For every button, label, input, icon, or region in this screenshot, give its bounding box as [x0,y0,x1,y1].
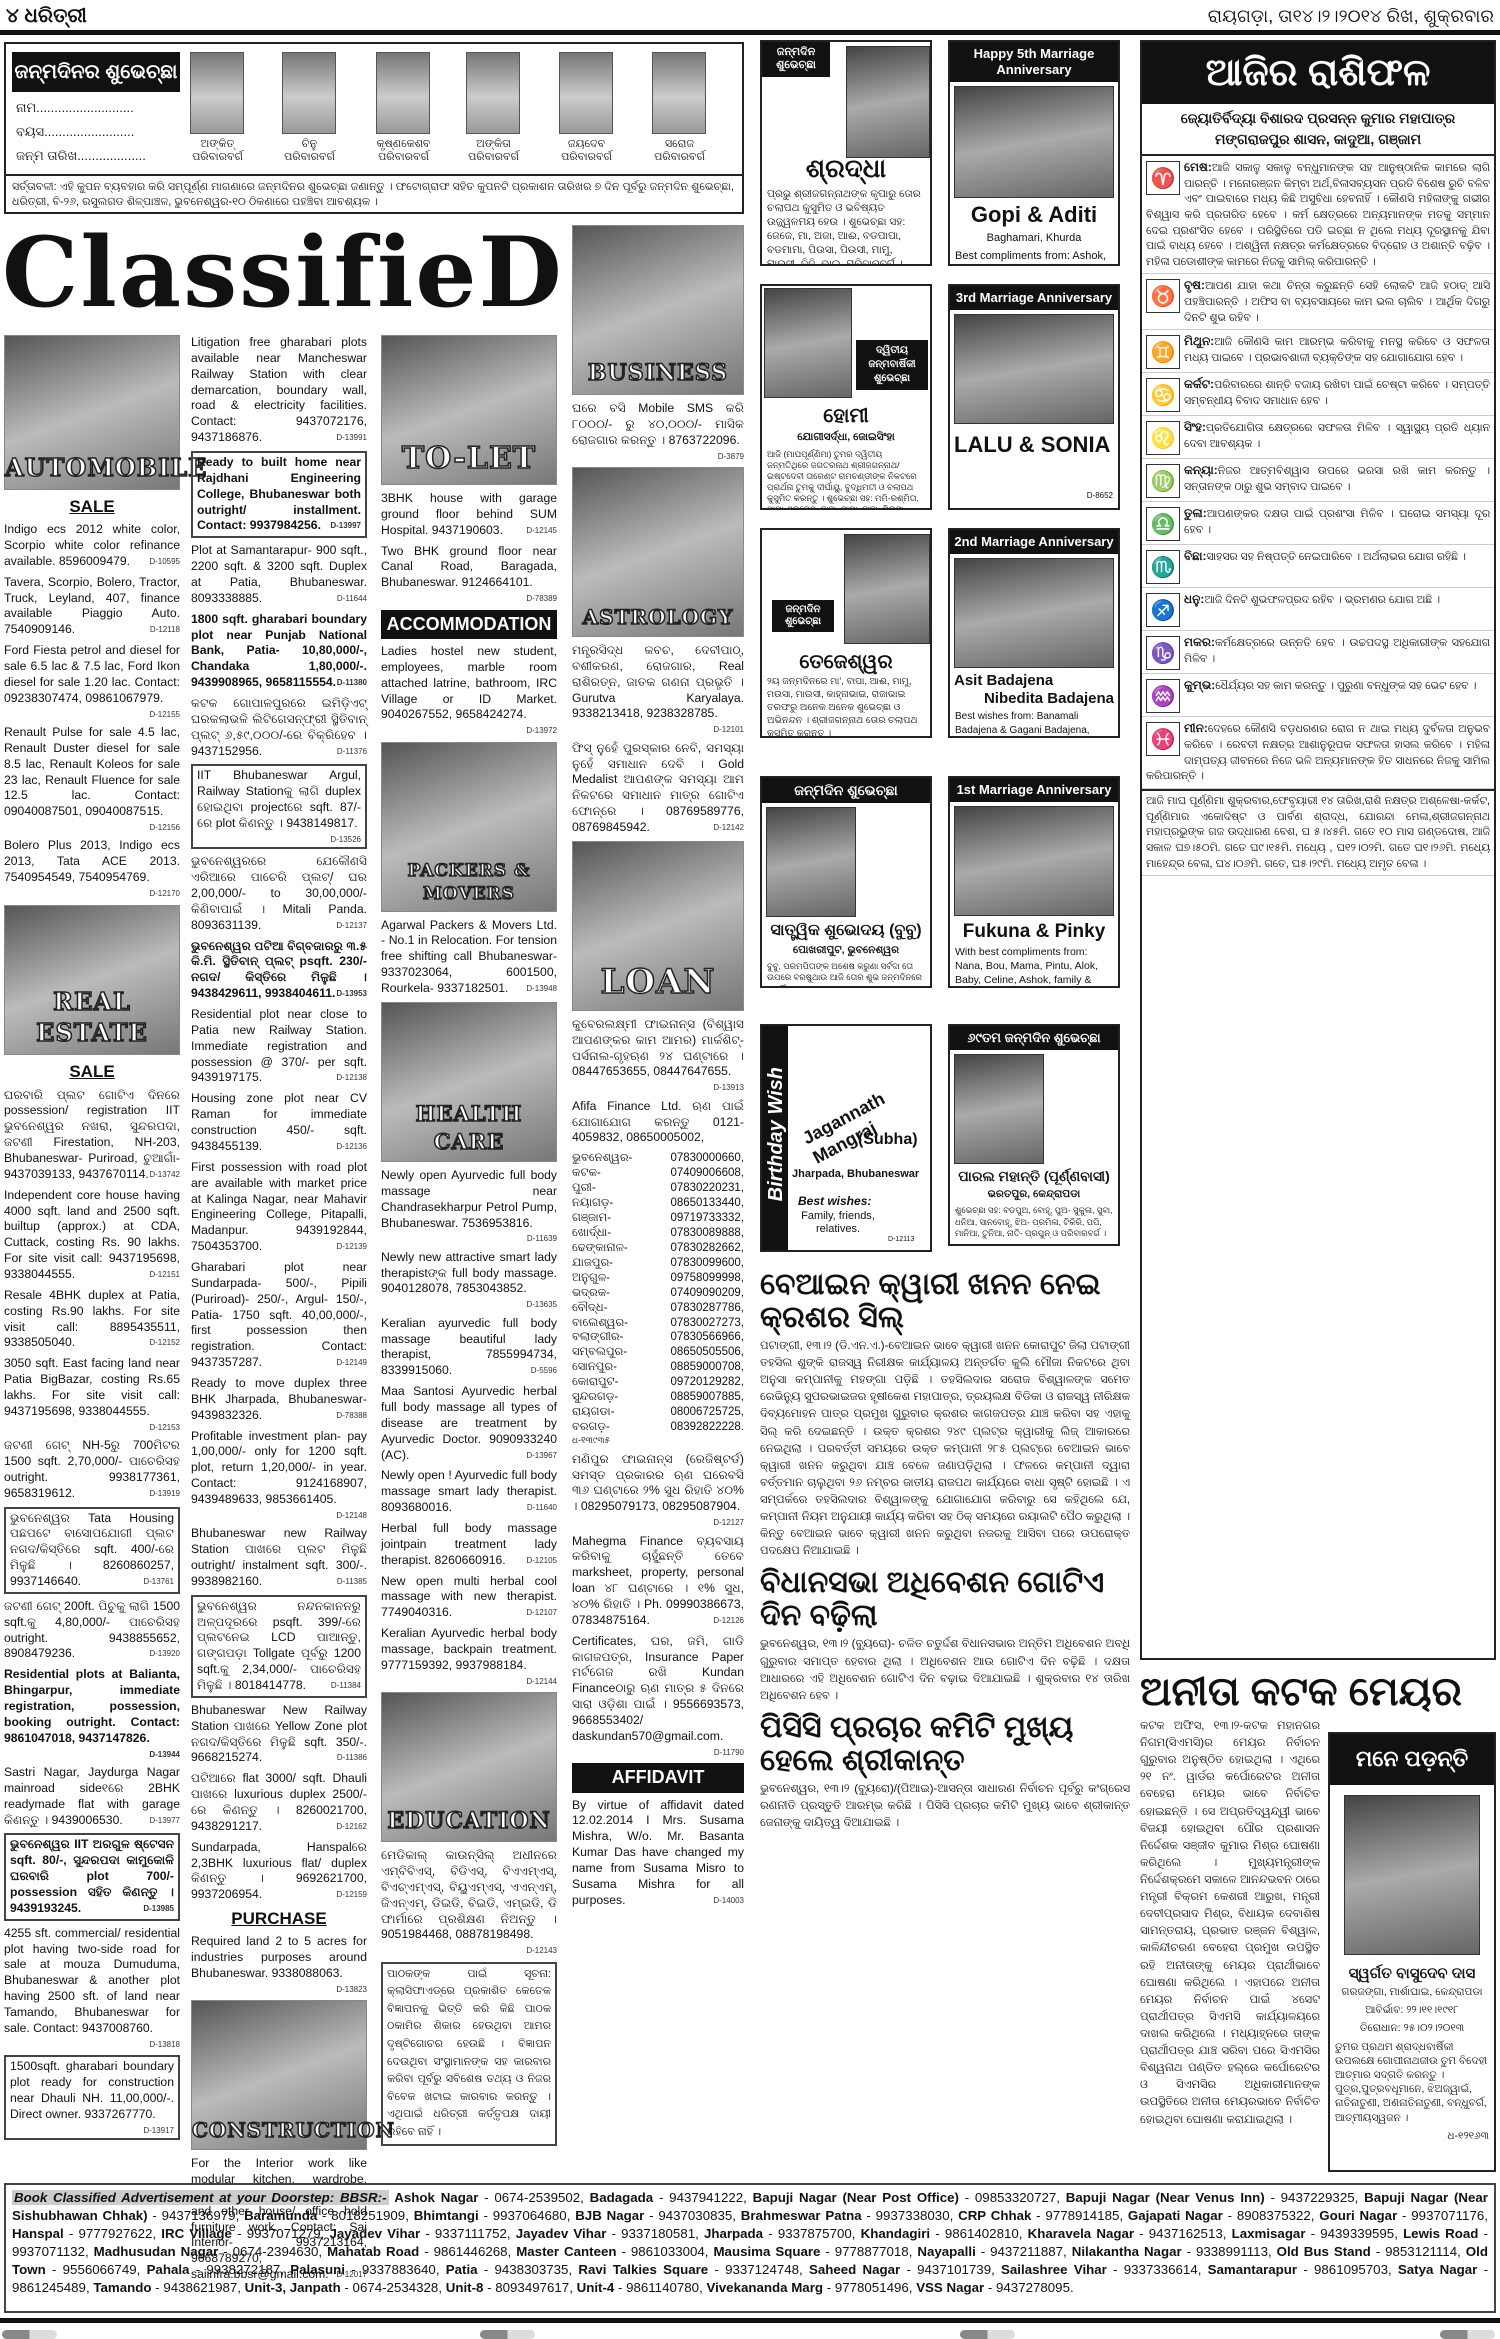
agent-phone: 9437030835 [658,2208,732,2223]
realestate-label: REAL ESTATE [5,986,179,1048]
news-headline: ପିସିସି ପ୍ରଚାର କମିଟି ମୁଖ୍ୟ ହେଲେ ଶ୍ରୀକାନ୍ତ [760,1711,1130,1777]
greeting-header: 1st Marriage Anniversary [950,778,1118,802]
branch-place: କୋରାପୁଟ- [572,1375,618,1390]
classified-ad: Ladies hostel new student, employees, ma… [381,644,557,737]
agent-place: Unit-4 [577,2280,615,2295]
agent-place: Palasuni [290,2262,345,2277]
agent-place: Satya Nagar [1398,2262,1477,2277]
branch-phone: 08650505506, [670,1345,744,1360]
ad-code: D-12126 [713,1616,744,1626]
greeting-card-fukuna-pinky: 1st Marriage Anniversary Fukuna & Pinky … [948,776,1120,988]
greeting-header: ୬୯ତମ ଜନ୍ମଦିନ ଶୁଭେଚ୍ଛା [950,1026,1118,1050]
purchase-ads-list: Required land 2 to 5 acres for industrie… [191,1934,367,1995]
sign-name: କନ୍ୟା: [1184,463,1218,477]
sign-text: କର୍ମକ୍ଷେତ୍ରରେ ଉନ୍ନତି ହେବ । ଉଚ୍ଚପଦସ୍ଥ ଅଧି… [1184,637,1490,665]
auto-ads-list: Indigo ecs 2012 white color, Scorpio whi… [4,522,180,899]
branch-row: ବଲାଙ୍ଗୀର-07830566966, [572,1330,744,1345]
agent-phone: 9853121114 [1385,2244,1457,2259]
horoscope-sign: ♒କୁମ୍ଭ:ଧୈର୍ଯ୍ୟର ସହ କାମ କରନ୍ତୁ । ପୁରୁଣା ବ… [1142,674,1494,717]
branch-row: ରାୟଗଡା-08006725725, [572,1405,744,1420]
agent-phone: 9937071279 [247,2226,321,2241]
affidavit-ads-list: By virtue of affidavit dated 12.02.2014 … [572,1798,744,1909]
news-headline: ଅନୀତା କଟକ ମେୟର [1140,1670,1496,1714]
classified-ad: Keralian Ayurvedic herbal body massage, … [381,1626,557,1687]
greeting-photo [844,534,930,644]
ad-code: D-13953 [336,989,367,999]
zodiac-icon: ♓ [1146,722,1180,756]
agent-place: Old Bus Stand [1277,2244,1371,2259]
agent-entry: Mausima Square - 9778877018, [709,2244,913,2259]
agent-phone: 9337336614 [1124,2262,1198,2277]
greeting-name: Gopi & Aditi [950,202,1118,229]
agent-phone: 8093497617 [495,2280,569,2295]
branch-row: ଭୁବନେଶ୍ୱର-07830000660, [572,1151,744,1166]
agent-entry: Bhimtangi - 9937064680, [409,2208,571,2223]
agent-phone: 9778914185 [1045,2208,1119,2223]
agent-entry: CRP Chhak - 9778914185, [953,2208,1123,2223]
sign-name: ବିଛା: [1184,549,1207,563]
branch-phone: 08859007885, [670,1390,744,1405]
ad-code: D-12145 [526,526,557,536]
ad-code: D-12139 [336,1242,367,1252]
ad-code: D-5596 [531,1366,557,1376]
ad-code: D-11640 [527,1503,557,1513]
news-body: ଭୁବନେଶ୍ୱର, ୧୩।୨ (ବ୍ୟୁରୋ)/(ପିଆଇ)-ଆସନ୍ତା ସ… [760,1781,1130,1832]
agent-entry: Ravi Talkies Square - 9337124748, [572,2262,803,2277]
classified-ad: Newly open Ayurvedic full body massage n… [381,1168,557,1245]
packers-image: PACKERS & MOVERS [381,742,557,912]
kid-photo [559,52,613,134]
branch-place: ପୁରୀ- [572,1181,596,1196]
branch-place: ସୋନପୁର- [572,1360,617,1375]
greeting-header: ଦ୍ୱିତୀୟ ଜନ୍ମବାର୍ଷିକୀ ଶୁଭେଚ୍ଛା [856,340,928,390]
greeting-header: ଜନ୍ମଦିନ ଶୁଭେଚ୍ଛା [762,42,830,77]
classified-ad: Residential plot near close to Patia new… [191,1007,367,1086]
zodiac-icon: ♐ [1146,593,1180,627]
news-body: କଟକ ଅଫିସ, ୧୩।୨-କଟକ ମହାନଗର ନିଗମ(ସିଏମସି)ର … [1140,1718,1320,2129]
agent-place: Khandagiri [861,2226,930,2241]
greeting-name: ସାତ୍ତ୍ୱିକ ଶୁଭୋଦୟ (ବୁବୁ) [762,921,930,941]
ad-code: D-12151 [149,1270,180,1280]
sign-text: ସାହସର ସହ ନିଷ୍ପତ୍ତି ନେଇପାରିବେ । ଅର୍ଥଲାଭର … [1207,551,1466,563]
agent-place: Ravi Talkies Square [578,2262,708,2277]
coupon-age-field: ବୟସ......................... [16,124,134,140]
horoscope-sign: ♓ମୀନ:ଦେହରେ କୌଣସି ବଡ଼ଧରଣର ରୋଗ ନ ଥାଇ ମଧ୍ୟ … [1142,717,1494,789]
birthday-wish-label: Birthday Wish [764,1034,788,1234]
agent-entry: Bapuji Nagar (Near Venus Inn) - 94372293… [1060,2190,1358,2205]
ad-text: ଭୁବନେଶ୍ୱର ନନ୍ଦନକାନନରୁ ଅଳ୍ପଦୂରରେ psqft. 3… [197,1599,361,1692]
agent-place: Baramunda [244,2208,317,2223]
coupon-name-field: ନାମ........................... [16,100,134,116]
classified-ad: Renault Pulse for sale 4.5 lac, Renault … [4,725,180,834]
branch-row: କୋରାପୁଟ-09720129282, [572,1375,744,1390]
kid-photo [652,52,706,134]
ad-code: D-12137 [336,921,367,931]
branch-row: ଅନୁଗୁଳ-09758099998, [572,1271,744,1286]
agent-place: Unit-8 [446,2280,484,2295]
obituary-text: ତୁମର ପ୍ରଥମ ଶ୍ରାଦ୍ଧବାର୍ଷିକୀ ଉପଲକ୍ଷେ ଗୋପୀନ… [1330,2038,1494,2127]
classified-ad: ଜଟଣୀ ଗେଟ୍ NH-5ରୁ 700ମିଟର 1500 sqft. 2,70… [4,1438,180,1501]
classified-ad: Bolero Plus 2013, Indigo ecs 2013, Tata … [4,838,180,899]
reader-notice: ପାଠକଙ୍କ ପାଇଁ ସୂଚନା: କ୍ଲାସିଫାଏଡ୍‌ରେ ପ୍ରକା… [381,1962,557,2146]
agent-entry: Baramunda - 8018251909, [239,2208,409,2223]
obituary-name: ସ୍ୱର୍ଗତ ବାସୁଦେବ ଦାସ [1330,1965,1494,1983]
ad-code: D-13742 [149,1170,180,1180]
loan-image: LOAN [572,841,744,1011]
agent-place: Jayadev Vihar [516,2226,607,2241]
horoscope-signs: ♈ମେଷ:ଆଜି ସକାଳୁ ସକାଳୁ ବନ୍ଧୁମାନଙ୍କ ସହ ଆନୁଷ… [1142,156,1494,789]
greeting-name: Jagannath Mangraj [799,1071,932,1170]
classified-ad: Independent core house having 4000 sqft.… [4,1188,180,1283]
agent-phone: 9556066749 [63,2262,137,2277]
greeting-header: Happy 5th Marriage Anniversary [950,42,1118,82]
agent-phone: 9778051496 [835,2280,909,2295]
branch-phone: 07830220231, [670,1181,744,1196]
obituary-code: ଧ-୧୨୧୬୩ [1330,2127,1494,2145]
page-number: ୪ ଧରିତ୍ରୀ [6,4,87,28]
ad-text: Profitable investment plan- pay 1,00,000… [191,1429,367,1506]
kid-name: କୃଷ୍ଣକେଶବ [376,138,431,151]
agent-phone: 9437229325 [1281,2190,1355,2205]
agent-phone: 9437278095 [996,2280,1070,2295]
classified-ad: Housing zone plot near CV Raman for imme… [191,1091,367,1154]
ad-code: D-13972 [526,726,557,736]
agent-entry: Kharavela Nagar - 9437162513, [1022,2226,1226,2241]
greeting-card-tejeswar: ଜନ୍ମଦିନ ଶୁଭେଚ୍ଛା ତେଜେଶ୍ୱର ୨ୟ ଜନ୍ମଦିନରେ ମ… [760,528,932,738]
ad-text: Two BHK ground floor near Canal Road, Ba… [381,544,557,590]
agent-place: CRP Chhak [958,2208,1031,2223]
kid-name: ଚିନୁ [282,138,337,151]
agent-place: Mausima Square [713,2244,820,2259]
branch-row: ଢେଙ୍କାନାଳ-07830282662, [572,1241,744,1256]
agent-entry: Unit-4 - 9861140780, [573,2280,703,2295]
branch-phone: 08859000708, [670,1360,744,1375]
business-ads-list: ଘରେ ବସି Mobile SMS କରି ୮୦୦୦/- ରୁ ୪୦,୦୦୦/… [572,401,744,462]
branch-place: ବଲାଙ୍ଗୀର- [572,1330,623,1345]
classified-ad: Resale 4BHK duplex at Patia, costing Rs.… [4,1288,180,1351]
ad-text: Required land 2 to 5 acres for industrie… [191,1934,367,1980]
sign-name: ମକର: [1184,635,1215,649]
agent-entry: Master Canteen - 9861033004, [511,2244,708,2259]
agent-place: Gouri Nagar [1319,2208,1397,2223]
horoscope-sign: ♉ବୃଷ:ଆପଣ ଯାହା କଥା ଚିନ୍ତା କରୁଛନ୍ତି ସେହି ଲ… [1142,274,1494,330]
ad-text: ଘରେ ବସି Mobile SMS କରି ୮୦୦୦/- ରୁ ୪୦,୦୦୦/… [572,401,744,447]
agent-place: Nayapalli [917,2244,975,2259]
agent-phone: 0674-2539502 [494,2190,580,2205]
branch-place: ବୌଦ୍ଧ- [572,1301,607,1316]
ad-text: Keralian Ayurvedic herbal body massage, … [381,1626,557,1672]
greeting-code: D-12113 [888,1236,914,1245]
column-plots: Litigation free gharabari plots availabl… [191,335,367,2288]
branch-place: ବାଲେଶ୍ୱର- [572,1316,628,1331]
education-ads-list: ମେଡିକାଲ୍ କାଉନ୍‌ସିଲ୍ ଅଧୀନରେ ଏମ୍‌ବିବିଏସ୍, … [381,1848,557,1957]
greeting-header: ଜନ୍ମଦିନ ଶୁଭେଚ୍ଛା [762,778,930,803]
agent-phone: 9861140780 [626,2280,699,2295]
sign-text: ପରିବାରରେ ଶାନ୍ତି ବଜାୟ ରଖିବା ପାଇଁ ଚେଷ୍ଟା କ… [1184,379,1490,407]
agent-entry: Jayadev Vihar - 9337111752, [324,2226,510,2241]
classified-ad: 3050 sqft. East facing land near Patia B… [4,1356,180,1433]
zodiac-icon: ♑ [1146,636,1180,670]
classified-ad: Herbal full body massage jointpain treat… [381,1521,557,1569]
ad-text: କୁବେରଲକ୍ଷ୍ମୀ ଫାଇନାନ୍ସ (ବିଶ୍ୱାସ ଆପଣଙ୍କର କ… [572,1017,744,1079]
agent-phone: 9338991113 [1196,2244,1268,2259]
agent-phone: 9439339595 [1320,2226,1394,2241]
agent-phone: 9437941222 [669,2190,743,2205]
agent-entry: Laxmisagar - 9439339595, [1226,2226,1397,2241]
greeting-text: With best compliments from: Nana, Bou, M… [950,943,1118,988]
agent-place: Sailashree Vihar [1001,2262,1107,2277]
ad-code: D-12144 [526,1677,557,1687]
branch-place: ସମ୍ବଲପୁର- [572,1345,627,1360]
branch-phone: 07830027273, [670,1316,744,1331]
branch-phone: 07830000660, [670,1151,744,1166]
agent-place: Tamando [93,2280,151,2295]
branch-row: ଗଞ୍ଜାମ-09719733332, [572,1211,744,1226]
ad-text: ଫିସ୍ ନୁହେଁ ପୁରସ୍କାର ନେବି, ସମସ୍ୟା ନୁହେଁ ସ… [572,741,744,834]
branch-phone: 07409006608, [670,1166,744,1181]
classified-logo: ClassifieD [2,220,562,325]
greeting-text: Best wishes from: Banamali Badajena & Ga… [950,708,1118,738]
ad-code: D-13948 [526,984,557,994]
agent-place: IRC Village [161,2226,232,2241]
panjika-text: ଆଜି ମାଘ ପୂର୍ଣ୍ଣିମା ଶୁକ୍ରବାର,ଫେବୃୟାରୀ ୧୪ … [1142,789,1494,876]
ad-code: D-10595 [149,557,180,567]
column-services: TO-LET 3BHK house with garage ground flo… [381,335,557,2151]
agent-phone: 9861095703 [1314,2262,1388,2277]
ad-code: D-13526 [330,835,361,845]
greeting-photo [954,86,1114,198]
ad-code: D-12118 [150,625,180,635]
zodiac-icon: ♉ [1146,279,1180,313]
classified-ad: IIT Bhubaneswar Argul, Railway Stationକୁ… [191,764,367,849]
ad-code: D-13761 [143,1577,174,1587]
agent-entry: Bapuji Nagar (Near Post Office) - 098533… [747,2190,1060,2205]
ad-text: 1500sqft. gharabari boundary plot ready … [10,2059,174,2121]
agent-entry: Khandagiri - 9861402810, [855,2226,1022,2241]
zodiac-icon: ♈ [1146,161,1180,195]
ad-code: D-13967 [526,1451,557,1461]
footer-agents: Ashok Nagar - 0674-2539502, Badagada - 9… [12,2190,1488,2295]
greeting-card-badajena: 2nd Marriage Anniversary Asit Badajena N… [948,528,1120,738]
agent-phone: 9777927622 [78,2226,152,2241]
agent-entry: Gajapati Nagar - 8908375322, [1123,2208,1314,2223]
agent-place: Mahatab Road [327,2244,419,2259]
classified-ad: Residential plots at Balianta, Bhingarpu… [4,1667,180,1760]
news-body: ଭୁବନେଶ୍ୱର, ୧୩।୨ (ବ୍ୟୁରୋ)- ଚଳିତ ଚତୁର୍ଦ୍ଦଶ… [760,1636,1130,1704]
agent-phone: 9438303735 [495,2262,569,2277]
ad-code: D-12136 [336,1142,367,1152]
ad-text: Gharabari plot near Sundarpada- 500/-, P… [191,1260,367,1369]
coupon-title: ଜନ୍ମଦିନର ଶୁଭେଚ୍ଛା [12,52,180,92]
ad-text: Newly new attractive smart lady therapis… [381,1250,557,1296]
agent-entry: Palasuni - 9337883640, [284,2262,440,2277]
ad-code: D-13991 [336,433,367,443]
greeting-photo [954,806,1114,916]
classified-ad: Sastri Nagar, Jaydurga Nagar mainroad si… [4,1765,180,1828]
ad-text: By virtue of affidavit dated 12.02.2014 … [572,1798,744,1907]
classified-ad: ଭୁବନେଶ୍ୱରରେ ଯେକୌଣସି ଏରିଆରେ ପାଚେରି ପ୍ଲଟ୍/… [191,854,367,933]
zodiac-icon: ♌ [1146,421,1180,455]
footer-rule [0,2318,1500,2323]
branch-place: ବରଗଡ଼- [572,1420,610,1435]
branch-place: ରାୟଗଡା- [572,1405,614,1420]
news-section: ବେଆଇନ କ୍ୱାରୀ ଖନନ ନେଇ କ୍ରଶର ସିଲ୍ ପଟାଙ୍ଗୀ,… [760,1262,1130,1832]
agent-phone: 9437101739 [917,2262,991,2277]
kid-name: ଜୟଦେବ [559,138,614,151]
ad-code: D-11384 [331,1681,361,1691]
ad-code: D-13913 [713,1083,744,1093]
loan-ads-list: କୁବେରଲକ୍ଷ୍ମୀ ଫାଇନାନ୍ସ (ବିଶ୍ୱାସ ଆପଣଙ୍କର କ… [572,1017,744,1146]
ad-code: D-12159 [336,1890,367,1900]
sign-name: ତୁଳା: [1184,506,1207,520]
agent-place: Vivekananda Marg [706,2280,823,2295]
greeting-name: ପାରଲ ମହାନ୍ତି (ପୂର୍ଣ୍ଣବାସୀ) [950,1168,1118,1185]
greeting-place: Jharpada, Bhubaneswar [792,1168,919,1181]
agent-place: Gajapati Nagar [1128,2208,1223,2223]
column-automobile-realestate: AUTOMOBILE SALE Indigo ecs 2012 white co… [4,335,180,2145]
zodiac-icon: ♋ [1146,378,1180,412]
greeting-place: ଭରତପୁର, କେନ୍ଦ୍ରାପଡା [950,1185,1118,1203]
greeting-text: Family, friends, relatives. [798,1210,878,1237]
agent-entry: IRC Village - 9937071279, [156,2226,324,2241]
greeting-card-satwik: ଜନ୍ମଦିନ ଶୁଭେଚ୍ଛା ସାତ୍ତ୍ୱିକ ଶୁଭୋଦୟ (ବୁବୁ)… [760,776,932,988]
kid-family: ପରିବାରବର୍ଗ [190,151,245,164]
ad-code: D-11639 [527,1234,557,1244]
ad-text: Mahegma Finance ବ୍ୟବସାୟ କରିବାକୁ ଚାହୁଁଛନ୍… [572,1534,744,1627]
ad-text: Bolero Plus 2013, Indigo ecs 2013, Tata … [4,838,180,884]
ad-code: D-12155 [149,710,180,720]
sign-text: ପ୍ରତିଯୋଗିତା କ୍ଷେତ୍ରରେ ସଫଳତା ମିଳିବ । ସ୍ୱା… [1184,422,1490,450]
agent-entry: Patia - 9438303735, [440,2262,573,2277]
ad-code: D-11386 [337,1753,367,1763]
ad-code: D-12138 [336,1073,367,1083]
ad-text: IIT Bhubaneswar Argul, Railway Stationକୁ… [197,768,361,830]
branch-place: ଅନୁଗୁଳ- [572,1271,610,1286]
classified-ad: ମେଡିକାଲ୍ କାଉନ୍‌ସିଲ୍ ଅଧୀନରେ ଏମ୍‌ବିବିଏସ୍, … [381,1848,557,1957]
page-marker [1440,2330,1495,2339]
ad-text: Ford Fiesta petrol and diesel for sale 6… [4,643,180,705]
ad-code: D-12142 [713,823,744,833]
construction-label: CONSTRUCTION [192,2117,366,2143]
classified-ad: ପଟିଆରେ flat 3000/ sqft. Dhauli ପାଖରେ lux… [191,1771,367,1834]
sign-name: ସିଂହ: [1184,420,1206,434]
healthcare-ads-list: Newly open Ayurvedic full body massage n… [381,1168,557,1687]
agent-entry: Jharpada - 9337875700, [699,2226,856,2241]
sign-name: ମୀନ: [1184,721,1208,735]
agent-entry: Vivekananda Marg - 9778051496, [703,2280,913,2295]
greeting-photo [766,807,856,917]
ad-code: D-13635 [526,1300,557,1310]
horoscope-sign: ♍କନ୍ୟା:ନିଜର ଆତ୍ମବିଶ୍ୱାସ ଉପରେ ଭରସା ରଖି କା… [1142,459,1494,502]
kid-photo [376,52,430,134]
sign-text: ଆଜି ଦିନଟି ଶୁଭଫଳପ୍ରଦ ରହିବ । ଭ୍ରମଣର ଯୋଗ ଅଛ… [1204,594,1440,606]
classified-ad: Two BHK ground floor near Canal Road, Ba… [381,544,557,605]
agent-place: Jharpada [704,2226,763,2241]
sign-text: ଆଜି ସକାଳୁ ସକାଳୁ ବନ୍ଧୁମାନଙ୍କ ସହ ଆନୁଷ୍ଠାନି… [1146,162,1490,268]
agent-phone: 9437136979 [162,2208,236,2223]
ad-text: Newly open Ayurvedic full body massage n… [381,1168,557,1230]
branch-row: ପୁରୀ-07830220231, [572,1181,744,1196]
sign-text: ଆପଣ ଯାହା କଥା ଚିନ୍ତା କରୁଛନ୍ତି ସେହି ଲୋକଟି … [1184,280,1490,323]
tolet-label: TO-LET [382,439,556,478]
classified-ad: ମନ୍ତ୍ରସିଦ୍ଧ କବଚ, ଦେବୀପାଠ୍, ବଶୀକରଣ, ରୋଜଗା… [572,643,744,736]
agent-phone: 9438621987 [163,2280,237,2295]
classified-ad: Indigo ecs 2012 white color, Scorpio whi… [4,522,180,570]
news-body: ପଟାଙ୍ଗୀ, ୧୩।୨ (ଡି.ଏନ.ଏ.)-ବେଆଇନ ଭାବେ କ୍ୱା… [760,1338,1130,1560]
agent-place: BJB Nagar [575,2208,644,2223]
greeting-wishes-label: Best wishes: [798,1194,871,1209]
agent-place: Bapuji Nagar (Near Post Office) [753,2190,959,2205]
horoscope-sign: ♈ମେଷ:ଆଜି ସକାଳୁ ସକାଳୁ ବନ୍ଧୁମାନଙ୍କ ସହ ଆନୁଷ… [1142,156,1494,274]
agent-entry: Jayadev Vihar - 9337180581, [511,2226,699,2241]
sign-text: ନିଜର ଆତ୍ମବିଶ୍ୱାସ ଉପରେ ଭରସା ରଖି କାମ କରନ୍ତ… [1184,465,1490,493]
kid-photo-card: କୃଷ୍ଣକେଶବପରିବାରବର୍ଗ [376,52,431,165]
agent-phone: 9937338030 [876,2208,950,2223]
horoscope-author: ଜ୍ୟୋତିର୍ବିଦ୍ୟା ବିଶାରଦ ପ୍ରସନ୍ନ କୁମାର ମହାପ… [1142,108,1494,129]
realestate-sale-heading: SALE [4,1061,180,1083]
packers-label: PACKERS & MOVERS [382,860,556,904]
page-marker [2,2330,57,2339]
healthcare-image: HEALTH CARE [381,1002,557,1162]
kid-family: ପରିବାରବର୍ଗ [466,151,521,164]
purchase-heading: PURCHASE [191,1908,367,1930]
kid-photo-card: ସରୋଜପରିବାରବର୍ଗ [652,52,707,165]
greeting-name: LALU & SONIA [950,432,1118,459]
automobile-image: AUTOMOBILE [4,335,180,490]
agent-phone: 8908375322 [1237,2208,1311,2223]
agent-entry: Tamando - 9438621987, [90,2280,241,2295]
page-header: ୪ ଧରିତ୍ରୀ ରାୟଗଡ଼ା, ତା୧୪।୨।୨୦୧୪ ରିଖ, ଶୁକ୍… [0,0,1500,34]
branch-phone: 07830287786, [670,1301,744,1316]
ad-text: Ladies hostel new student, employees, ma… [381,644,557,721]
classified-ad: ଭୁବନେଶ୍ୱର IIT ଅରଗୁଳ ଷ୍ଟେସନ sqft. 80/-, ସ… [4,1833,180,1920]
kid-family: ପରିବାରବର୍ଗ [376,151,431,164]
branch-phone: 07830099600, [670,1256,744,1271]
sign-name: ବୃଷ: [1184,278,1205,292]
obituary-header: ମନେ ପଡ଼ନ୍ତି [1330,1734,1494,1785]
branch-row: ସମ୍ବଲପୁର-08650505506, [572,1345,744,1360]
agent-place: Laxmisagar [1232,2226,1306,2241]
greeting-nickname: (Subha) [858,1130,918,1150]
classified-ad: Agarwal Packers & Movers Ltd. - No.1 in … [381,918,557,997]
ad-code: D-12143 [526,1946,557,1956]
classified-ad: 4255 sft. commercial/ residential plot h… [4,1926,180,2050]
agent-phone: 9337180581 [621,2226,695,2241]
kid-photo-card: ଅଙ୍କିତାପରିବାରବର୍ଗ [466,52,521,165]
greeting-card-shraddha: ଜନ୍ମଦିନ ଶୁଭେଚ୍ଛା ଶ୍ରଦ୍ଧା ପ୍ରଭୁ ଶ୍ରୀଜଗନ୍ନ… [760,40,932,266]
classified-ad: New open multi herbal cool massage with … [381,1574,557,1622]
branch-place: ଯାଜପୁର- [572,1256,613,1271]
agent-entry: Samantarapur - 9861095703, [1201,2262,1391,2277]
greeting-text: ବୁବୁ, ପରମପିତାଙ୍କ ଅଶେଷ କରୁଣା ସର୍ବଦା ତୋ ଉପ… [762,959,930,988]
agent-place: VSS Nagar [916,2280,984,2295]
agent-entry: Badagada - 9437941222, [584,2190,747,2205]
branch-place: ଭୁବନେଶ୍ୱର- [572,1151,632,1166]
ad-text: First possession with road plot are avai… [191,1160,367,1253]
ad-code: D-13944 [149,1750,180,1760]
agent-phone: 9337875700 [778,2226,852,2241]
ad-code: D-13919 [149,1489,180,1499]
agent-entry: BJB Nagar - 9437030835, [570,2208,736,2223]
sign-name: କୁମ୍ଭ: [1184,678,1215,692]
horoscope-sign: ♋କର୍କଟ:ପରିବାରରେ ଶାନ୍ତି ବଜାୟ ରଖିବା ପାଇଁ ଚ… [1142,373,1494,416]
greeting-photo [954,1054,1044,1164]
classified-ad: Ready to built home near Rajdhani Engine… [191,451,367,538]
branch-row: ବରଗଡ଼-08392822228. [572,1420,744,1435]
horoscope-sign: ♊ମିଥୁନ:ଆଜି କୌଣସି କାମ ଆରମ୍ଭ କରିବାକୁ ମନସ୍ଥ… [1142,330,1494,373]
ad-text: Certificates, ଘର, ଜମି, ଗାଡି କାଗଜପତ୍ର, In… [572,1634,744,1743]
ad-code: D-11380 [337,678,367,688]
